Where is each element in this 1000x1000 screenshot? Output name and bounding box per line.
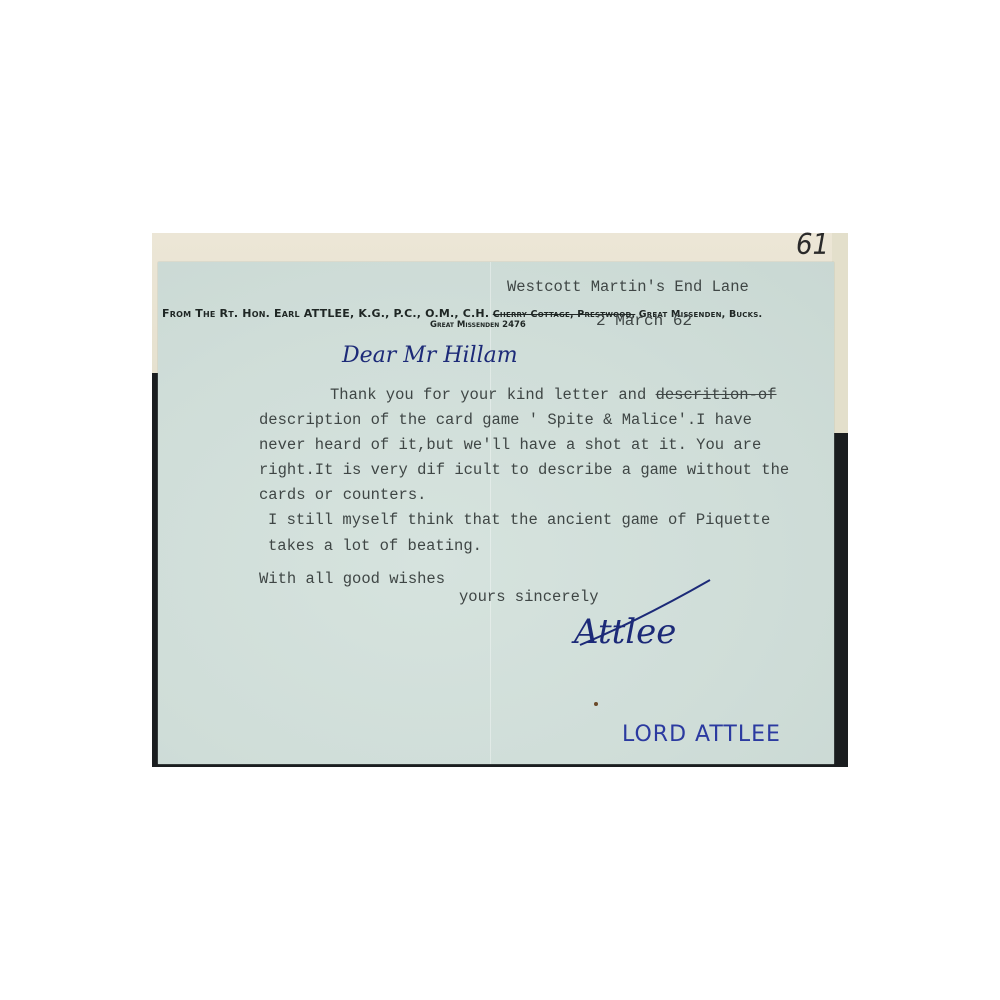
- body-line-1-text: Thank you for your kind letter and: [330, 386, 646, 404]
- printed-name: LORD ATTLEE: [622, 722, 781, 747]
- body-line-5: cards or counters.: [259, 486, 426, 504]
- salutation: Dear Mr Hillam: [342, 343, 518, 368]
- body-line-1: Thank you for your kind letter and descr…: [330, 386, 777, 404]
- typed-address: Westcott Martin's End Lane: [507, 278, 749, 296]
- body-line-1-struck: descrition-of: [656, 386, 777, 404]
- body-line-7: takes a lot of beating.: [268, 537, 482, 555]
- paper-blemish: [594, 702, 598, 706]
- body-line-4: right.It is very dif icult to describe a…: [259, 461, 789, 479]
- signature: Attlee: [574, 612, 676, 652]
- body-line-2: description of the card game ' Spite & M…: [259, 411, 752, 429]
- body-line-6: I still myself think that the ancient ga…: [268, 511, 770, 529]
- letter-date: 2 March 62: [596, 312, 692, 330]
- body-line-3: never heard of it,but we'll have a shot …: [259, 436, 761, 454]
- letterhead-telephone: Great Missenden 2476: [430, 320, 526, 330]
- backing-sheet-edge: [832, 233, 848, 433]
- closing-wishes: With all good wishes: [259, 570, 445, 588]
- letterhead-from: From The Rt. Hon. Earl ATTLEE, K.G., P.C…: [162, 307, 489, 320]
- folio-number: 61: [796, 229, 829, 262]
